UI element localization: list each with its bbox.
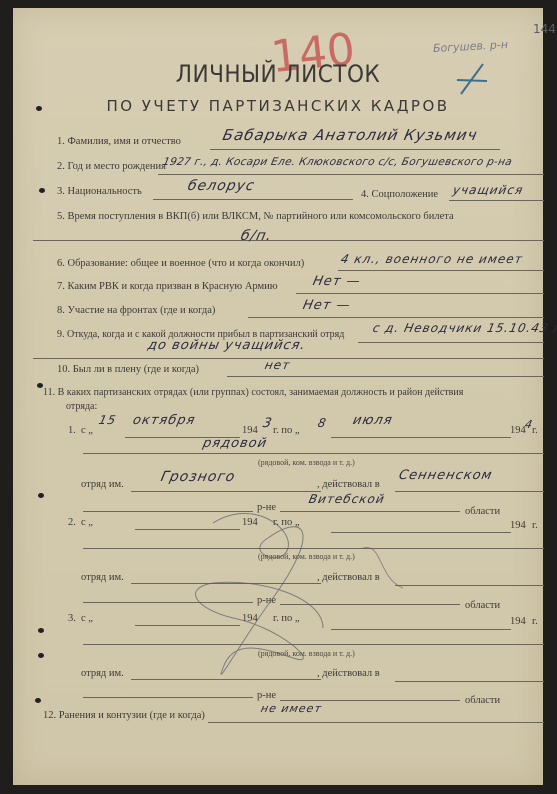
punch-hole	[39, 188, 45, 193]
field-label-wounds: 12. Ранения и контузии (где и когда)	[43, 710, 205, 721]
field-label-units-cont: отряда:	[66, 401, 97, 412]
field-value-arrival: с д. Неводчики 15.10.43 г.	[372, 321, 557, 335]
field-label-nationality: 3. Национальность	[57, 186, 142, 197]
field-value-social: учащийся	[452, 183, 525, 197]
punch-hole	[35, 698, 41, 703]
document-title: ЛИЧНЫЙ ЛИСТОК	[40, 60, 517, 88]
field-value-arrival-prior: до войны учащийся.	[146, 338, 307, 353]
punch-hole	[36, 106, 42, 111]
field-label-party: 5. Время поступления в ВКП(б) или ВЛКСМ,…	[57, 211, 454, 222]
field-label-social: 4. Соцположение	[361, 189, 438, 200]
field-value-army: Нет —	[311, 274, 362, 289]
field-value-name: Бабарыка Анатолий Кузьмич	[221, 126, 479, 144]
field-label-fronts: 8. Участие на фронтах (где и когда)	[57, 305, 215, 316]
field-value-captivity: нет	[264, 358, 292, 372]
field-label-birth: 2. Год и место рождения	[57, 161, 166, 172]
document-subtitle: ПО УЧЕТУ ПАРТИЗАНСКИХ КАДРОВ	[13, 97, 543, 115]
field-value-wounds: не имеет	[260, 702, 324, 715]
punch-hole	[38, 628, 44, 633]
field-value-birth: 1927 г., д. Косари Еле. Клюковского с/с,…	[162, 156, 514, 168]
document-sheet: 144 Богушев. р-н 140 ЛИЧНЫЙ ЛИСТОК ПО УЧ…	[13, 8, 543, 785]
field-label-name: 1. Фамилия, имя и отчество	[57, 136, 181, 147]
punch-hole	[38, 653, 44, 658]
punch-hole	[38, 493, 44, 498]
field-value-fronts: Нет —	[301, 298, 352, 313]
field-value-nationality: белорус	[186, 178, 256, 194]
field-value-party: б/п.	[239, 228, 273, 244]
archive-page-number: 144	[533, 22, 556, 36]
archive-district-note: Богушев. р-н	[433, 38, 509, 55]
crossout-scribble-icon	[173, 508, 443, 698]
field-label-education: 6. Образование: общее и военное (что и к…	[57, 258, 304, 269]
field-label-army: 7. Каким РВК и когда призван в Красную А…	[57, 281, 278, 292]
field-value-education: 4 кл., военного не имеет	[340, 252, 525, 266]
field-label-units: 11. В каких партизанских отрядах (или гр…	[43, 387, 463, 398]
field-label-captivity: 10. Был ли в плену (где и когда)	[57, 364, 199, 375]
